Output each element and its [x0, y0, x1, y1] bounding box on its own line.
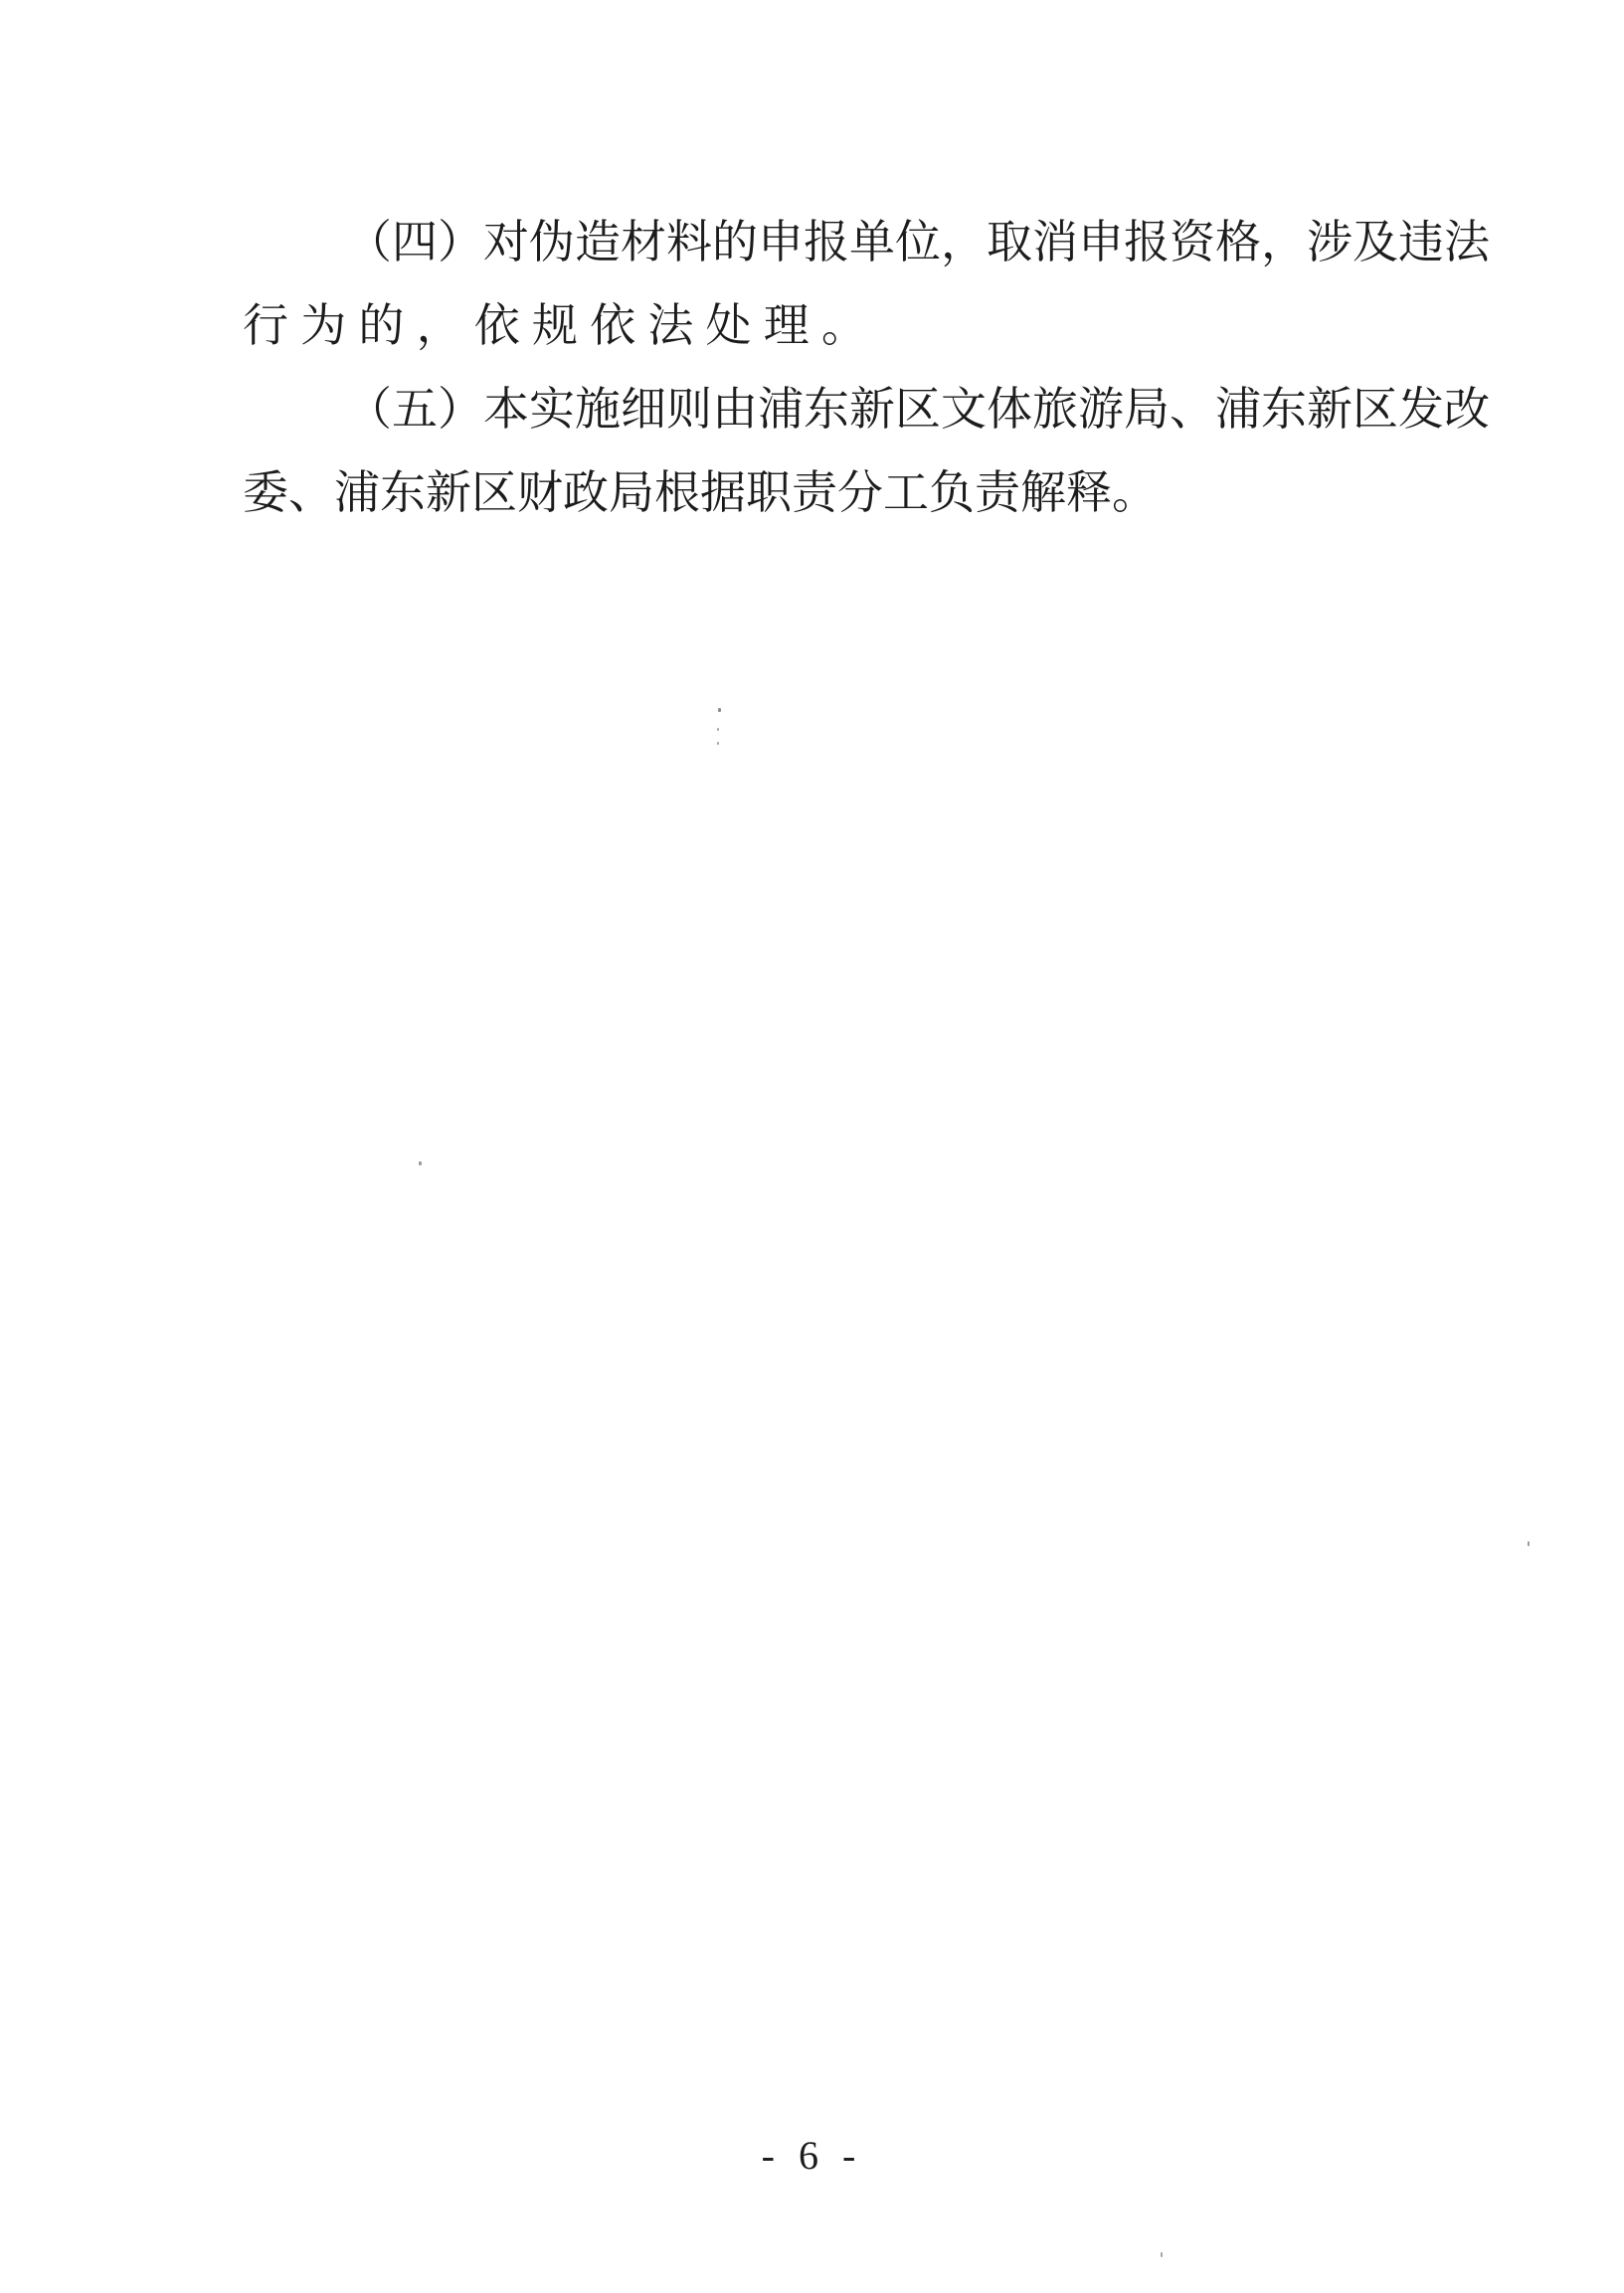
- paragraph-four-line-2: 行为的，依规依法处理。: [243, 284, 867, 368]
- page-footer: - 6 -: [0, 2126, 1624, 2186]
- scan-speck: [717, 742, 719, 745]
- paragraph-five-line-2: 委、浦东新区财政局根据职责分工负责解释。: [243, 451, 1126, 535]
- scan-speck: [717, 728, 719, 731]
- scan-speck: [1528, 1541, 1530, 1546]
- page-number: - 6 -: [762, 2126, 863, 2186]
- scan-speck: [419, 1161, 422, 1165]
- document-page: （四）对伪造材料的申报单位，取消申报资格，涉及违法 行为的，依规依法处理。 （五…: [0, 0, 1624, 2293]
- document-body: （四）对伪造材料的申报单位，取消申报资格，涉及违法 行为的，依规依法处理。 （五…: [243, 201, 1401, 535]
- paragraph-four-line-1: （四）对伪造材料的申报单位，取消申报资格，涉及违法: [346, 201, 1395, 284]
- paragraph-five-line-1: （五）本实施细则由浦东新区文体旅游局、浦东新区发改: [346, 368, 1401, 451]
- scan-speck: [718, 708, 721, 712]
- scan-speck: [1161, 2252, 1163, 2257]
